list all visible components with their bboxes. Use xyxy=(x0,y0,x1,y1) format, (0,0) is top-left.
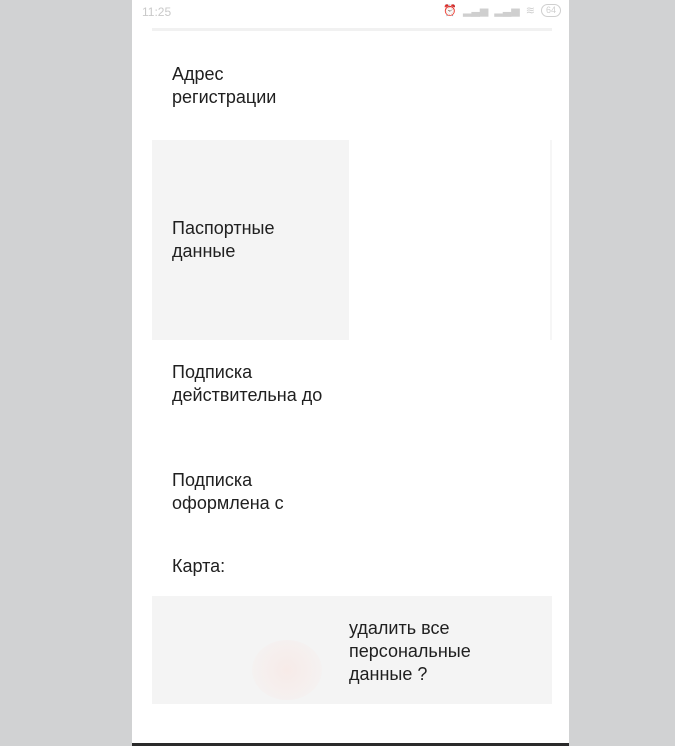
signal-icon: ▂▃▅ xyxy=(463,4,488,17)
passport-data-panel[interactable]: Паспортные данные xyxy=(152,140,349,340)
signal-icon: ▂▃▅ xyxy=(494,4,519,17)
top-divider xyxy=(152,28,552,31)
phone-screen: 11:25 ⏰ ▂▃▅ ▂▃▅ ≋ 64 Адрес регистрации П… xyxy=(132,0,569,746)
image-smudge xyxy=(252,640,322,700)
wifi-icon: ≋ xyxy=(526,4,535,17)
status-bar: 11:25 ⏰ ▂▃▅ ▂▃▅ ≋ 64 xyxy=(132,0,569,24)
panel-divider xyxy=(550,140,552,340)
battery-icon: 64 xyxy=(541,4,561,17)
field-label-subscription-valid-until: Подписка действительна до xyxy=(172,361,332,407)
field-label-registration-address: Адрес регистрации xyxy=(172,63,332,109)
delete-personal-data-label: удалить все персональные данные ? xyxy=(349,617,509,686)
status-icons: ⏰ ▂▃▅ ▂▃▅ ≋ 64 xyxy=(443,4,561,17)
status-time: 11:25 xyxy=(142,5,171,19)
field-label-passport-data: Паспортные данные xyxy=(172,217,312,263)
alarm-icon: ⏰ xyxy=(443,4,457,17)
field-label-subscription-started: Подписка оформлена с xyxy=(172,469,322,515)
field-label-card: Карта: xyxy=(172,555,322,578)
